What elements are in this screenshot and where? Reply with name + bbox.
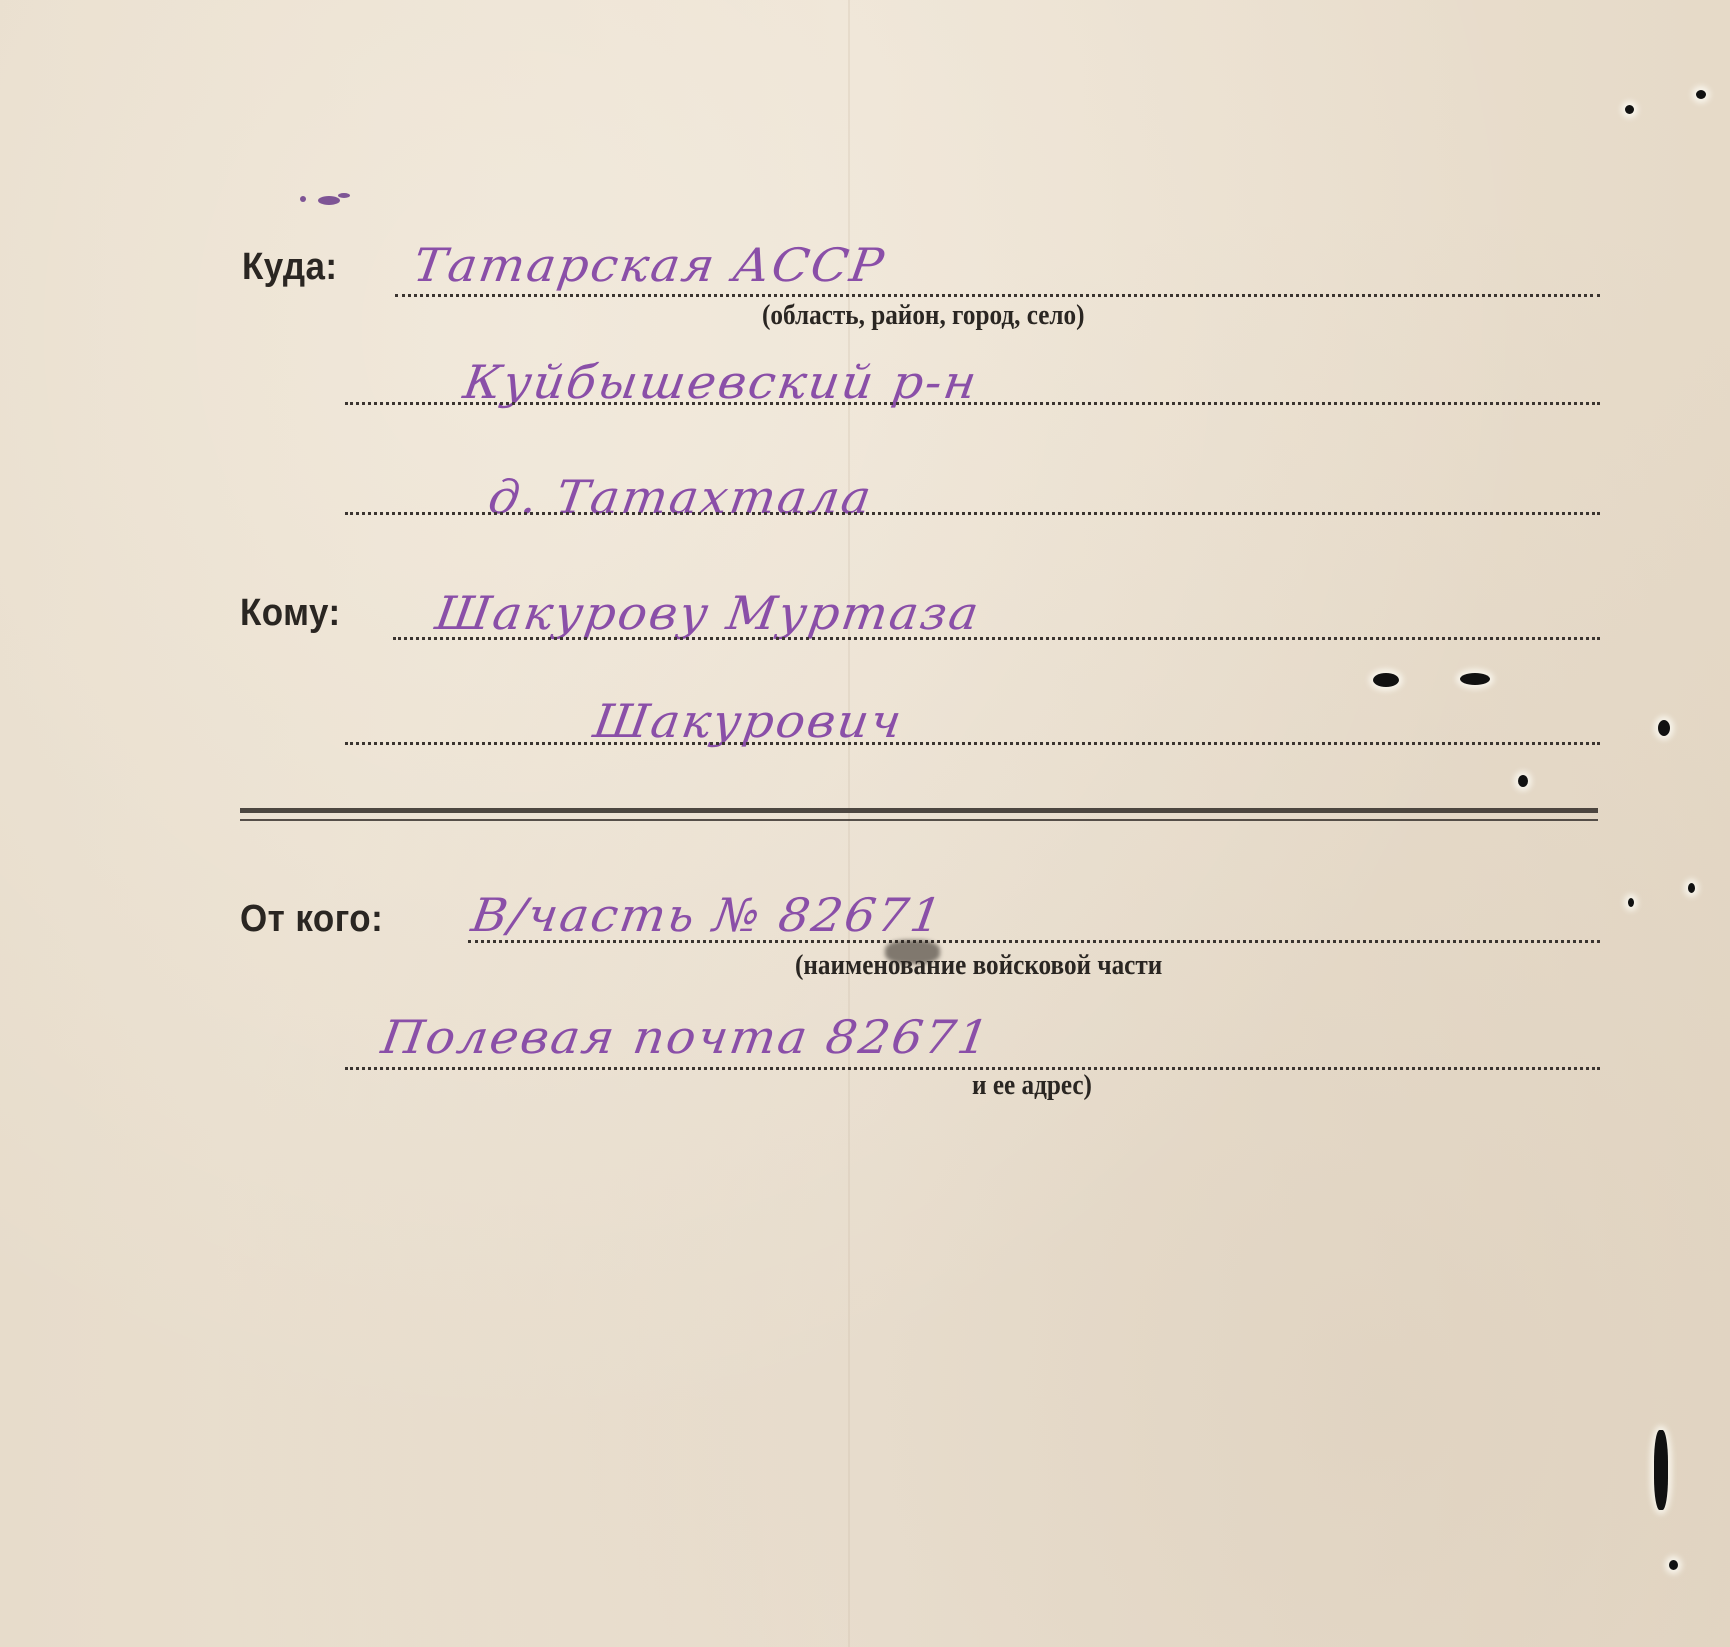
to-where-label: Куда: xyxy=(242,246,337,289)
paper-hole xyxy=(1696,90,1706,99)
paper-hole xyxy=(1669,1560,1678,1570)
paper-tear xyxy=(1654,1430,1668,1510)
to-where-line-2: Куйбышевский р-н xyxy=(460,355,982,409)
section-divider xyxy=(240,808,1598,821)
to-where-underline-2 xyxy=(345,402,1600,405)
paper-hole xyxy=(1658,720,1670,736)
from-whom-label: От кого: xyxy=(240,898,383,941)
to-whom-underline-2 xyxy=(345,742,1600,745)
ink-blot xyxy=(300,196,306,202)
from-whom-line-2: Полевая почта 82671 xyxy=(378,1010,994,1064)
ink-blot xyxy=(338,193,350,198)
paper-hole xyxy=(1460,673,1490,685)
to-where-line-1: Татарская АССР xyxy=(410,238,889,292)
paper-hole xyxy=(1628,898,1634,907)
to-whom-underline-1 xyxy=(393,637,1600,640)
paper-hole xyxy=(1518,775,1528,787)
to-whom-line-2: Шакурович xyxy=(590,694,907,748)
to-where-hint: (область, район, город, село) xyxy=(762,300,1085,332)
from-whom-line-1: В/часть № 82671 xyxy=(468,888,947,942)
to-whom-label: Кому: xyxy=(240,592,341,635)
to-where-underline-3 xyxy=(345,512,1600,515)
from-whom-hint-1: (наименование войсковой части xyxy=(795,950,1162,982)
from-whom-underline-1 xyxy=(468,940,1600,943)
paper-hole xyxy=(1688,883,1695,893)
to-whom-line-1: Шакурову Муртаза xyxy=(432,586,984,640)
to-where-underline-1 xyxy=(395,294,1600,297)
paper-hole xyxy=(1625,105,1634,114)
to-where-line-3: д. Татахтала xyxy=(485,470,876,524)
paper-hole xyxy=(1373,673,1399,687)
ink-blot xyxy=(318,196,340,205)
from-whom-hint-2: и ее адрес) xyxy=(972,1070,1092,1102)
